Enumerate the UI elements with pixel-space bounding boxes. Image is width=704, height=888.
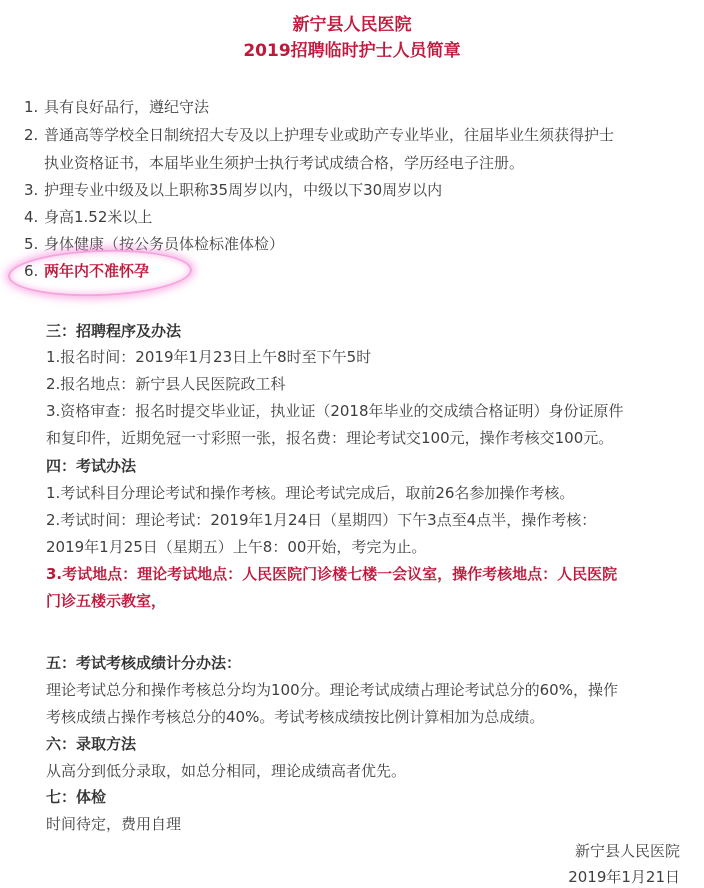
- section-line: 考核成绩占操作考核总分的40%。考试考核成绩按比例计算相加为总成绩。: [46, 706, 544, 727]
- requirement-item-highlighted: 6.两年内不准怀孕: [24, 260, 149, 281]
- section-heading: 四：考试办法: [46, 455, 136, 476]
- section-heading: 五：考试考核成绩计分办法：: [46, 652, 241, 673]
- section-heading: 三：招聘程序及办法: [46, 320, 181, 341]
- requirement-item: 3.护理专业中级及以上职称35周岁以内，中级以下30周岁以内: [24, 179, 442, 200]
- requirement-item-continued: 执业资格证书，本届毕业生须护士执行考试成绩合格，学历经电子注册。: [44, 152, 524, 173]
- section-heading: 六：录取方法: [46, 733, 136, 754]
- section-line: 从高分到低分录取，如总分相同，理论成绩高者优先。: [46, 760, 406, 781]
- requirement-item: 2.普通高等学校全日制统招大专及以上护理专业或助产专业毕业，往届毕业生须获得护士: [24, 124, 614, 145]
- section-line-emphasis: 3.考试地点：理论考试地点：人民医院门诊楼七楼一会议室，操作考核地点：人民医院: [46, 563, 617, 584]
- section-line: 2.考试时间：理论考试：2019年1月24日（星期四）下午3点至4点半，操作考核…: [46, 509, 596, 530]
- doc-title-hospital: 新宁县人民医院: [0, 10, 704, 35]
- section-line: 2.报名地点：新宁县人民医院政工科: [46, 373, 285, 394]
- section-line: 1.报名时间：2019年1月23日上午8时至下午5时: [46, 346, 371, 367]
- section-line: 2019年1月25日（星期五）上午8：00开始，考完为止。: [46, 536, 426, 557]
- section-line: 和复印件，近期免冠一寸彩照一张，报名费：理论考试交100元，操作考核交100元。: [46, 427, 613, 448]
- requirement-item: 5.身体健康（按公务员体检标准体检）: [24, 233, 284, 254]
- section-line: 时间待定，费用自理: [46, 813, 181, 834]
- section-line: 理论考试总分和操作考核总分均为100分。理论考试成绩占理论考试总分的60%，操作: [46, 679, 618, 700]
- section-heading: 七：体检: [46, 786, 106, 807]
- signature-date: 2019年1月21日: [568, 866, 680, 887]
- section-line: 1.考试科目分理论考试和操作考核。理论考试完成后，取前26名参加操作考核。: [46, 482, 574, 503]
- signature-org: 新宁县人民医院: [575, 840, 680, 861]
- section-line-emphasis: 门诊五楼示教室，: [46, 590, 166, 611]
- requirement-item: 1.具有良好品行，遵纪守法: [24, 96, 209, 117]
- doc-title-recruitment: 2019招聘临时护士人员简章: [0, 36, 704, 61]
- section-line: 3.资格审查：报名时提交毕业证，执业证（2018年毕业的交成绩合格证明）身份证原…: [46, 400, 624, 421]
- requirement-item: 4.身高1.52米以上: [24, 206, 152, 227]
